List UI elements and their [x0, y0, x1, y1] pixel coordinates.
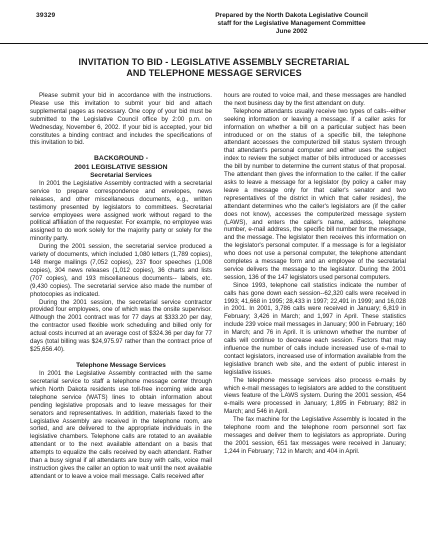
- header-rule: [0, 43, 428, 44]
- secretarial-services-heading: Secretarial Services: [30, 172, 212, 180]
- telephone-paragraph-1: In 2001 the Legislative Assembly contrac…: [30, 370, 212, 481]
- prepared-by-block: Prepared by the North Dakota Legislative…: [215, 12, 368, 36]
- header-date: June 2002: [215, 28, 368, 36]
- intro-paragraph: Please submit your bid in accordance wit…: [30, 92, 212, 147]
- background-heading-line-1: BACKGROUND -: [30, 155, 212, 163]
- body-columns: Please submit your bid in accordance wit…: [0, 92, 428, 481]
- telephone-paragraph-4: The telephone message services also proc…: [224, 377, 406, 417]
- background-heading-line-2: 2001 LEGISLATIVE SESSION: [30, 164, 212, 172]
- secretarial-paragraph-2: During the 2001 session, the secretarial…: [30, 243, 212, 298]
- document-title-line-1: INVITATION TO BID - LEGISLATIVE ASSEMBLY…: [0, 57, 428, 68]
- document-header: 39329 Prepared by the North Dakota Legis…: [0, 0, 428, 36]
- telephone-services-heading: Telephone Message Services: [30, 362, 212, 370]
- document-title-line-2: AND TELEPHONE MESSAGE SERVICES: [0, 68, 428, 79]
- document-title: INVITATION TO BID - LEGISLATIVE ASSEMBLY…: [0, 57, 428, 79]
- telephone-paragraph-3: Since 1993, telephone call statistics in…: [224, 282, 406, 377]
- telephone-paragraph-5: The fax machine for the Legislative Asse…: [224, 416, 406, 456]
- document-page: 39329 Prepared by the North Dakota Legis…: [0, 0, 428, 554]
- secretarial-paragraph-3: During the 2001 session, the secretarial…: [30, 299, 212, 354]
- prepared-by-line-1: Prepared by the North Dakota Legislative…: [215, 12, 368, 20]
- prepared-by-line-2: staff for the Legislative Management Com…: [215, 20, 368, 28]
- right-column: hours are routed to voice mail, and thes…: [224, 92, 406, 481]
- background-heading: BACKGROUND - 2001 LEGISLATIVE SESSION: [30, 155, 212, 171]
- document-number: 39329: [36, 12, 55, 19]
- telephone-paragraph-1-continued: hours are routed to voice mail, and thes…: [224, 92, 406, 108]
- left-column: Please submit your bid in accordance wit…: [30, 92, 212, 481]
- telephone-paragraph-2: Telephone attendants usually receive two…: [224, 108, 406, 282]
- secretarial-paragraph-1: In 2001 the Legislative Assembly contrac…: [30, 180, 212, 243]
